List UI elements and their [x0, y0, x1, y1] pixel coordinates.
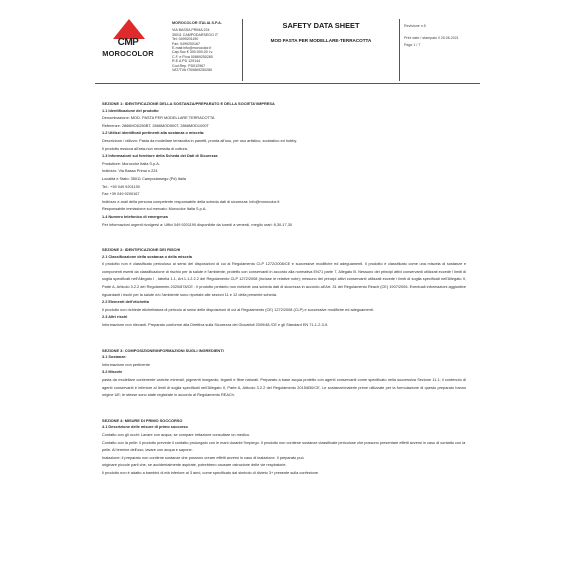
header-rule [95, 83, 480, 84]
subsection-heading: 1.2 Utilizzi identificati pertinenti all… [102, 130, 466, 138]
paragraph: Indirizzo e-mail della persona competent… [102, 199, 466, 207]
company-name: MOROCOLOR ITALIA S.P.A. [172, 21, 242, 25]
section-spacer [102, 330, 466, 347]
company-logo: CMP MOROCOLOR [95, 17, 165, 77]
header-divider [399, 19, 400, 81]
document-body: SEZIONE 1: IDENTIFICAZIONE DELLA SOSTANZ… [102, 100, 466, 478]
product-name: MOD PASTA PER MODELLARE-TERRACOTTA [245, 38, 397, 43]
title-box: SAFETY DATA SHEET MOD PASTA PER MODELLAR… [245, 19, 397, 43]
paragraph: Referenze: 2866MOD250BT, 2866MOD500T, 28… [102, 123, 466, 131]
paragraph: Indirizzo: Via Bassa Prima n.224 [102, 168, 466, 176]
paragraph: Il prodotto non è adatto a bambini di et… [102, 470, 466, 478]
subsection-heading: 1.4 Numero telefonico di emergenza [102, 214, 466, 222]
company-address-line: VAT/TVA IT00869250280 [172, 68, 242, 72]
paragraph: Descrizione / utilizzo: Pasta da modella… [102, 138, 466, 146]
subsection-heading: 1.3 Informazioni sul fornitore della Sch… [102, 153, 466, 161]
paragraph: Responsabile immissione sul mercato: Mor… [102, 206, 466, 214]
header-divider [242, 19, 243, 81]
document-page: CMP MOROCOLOR MOROCOLOR ITALIA S.P.A. VI… [0, 0, 570, 570]
paragraph: Fax +39 049 9200167 [102, 191, 466, 199]
company-address-lines: VIA BASSA PRIMA 22435011 CAMPODARSEGO IT… [172, 28, 242, 72]
paragraph: pasta da modellare contenente cariche mi… [102, 377, 466, 400]
section-spacer [102, 229, 466, 246]
paragraph: Contatto con la pelle: il prodotto preve… [102, 440, 466, 455]
subsection-heading: 1.1 Identificazione del prodotto [102, 108, 466, 116]
paragraph: Produttore: Morocolor Italia S.p.A. [102, 161, 466, 169]
company-info: MOROCOLOR ITALIA S.P.A. VIA BASSA PRIMA … [172, 21, 242, 72]
revision: Revisione n.5 [404, 24, 484, 28]
paragraph: Tel.: +39 049 9201190 [102, 184, 466, 192]
paragraph: Inalazione: il preparato non contiene so… [102, 455, 466, 463]
print-date: Print date / stampato il 25.06.2021 [404, 36, 484, 40]
subsection-heading: 2.1 Classificazione della sostanza o del… [102, 254, 466, 262]
paragraph: Contatto con gli occhi: Lavare con acqua… [102, 432, 466, 440]
paragraph: Il prodotto non è classificato pericolos… [102, 261, 466, 299]
subsection-heading: 4.1 Descrizione delle misure di primo so… [102, 424, 466, 432]
paragraph: Denominazione: MOD- PASTA PER MODELLARE … [102, 115, 466, 123]
subsection-heading: 3.2 Miscele [102, 369, 466, 377]
paragraph: Località e Stato: 35011 Campodarsego (Pd… [102, 176, 466, 184]
subsection-heading: 3.1 Sostanze: [102, 354, 466, 362]
section: SEZIONE 4: MISURE DI PRIMO SOCCORSO4.1 D… [102, 417, 466, 478]
page-number: Page 1 / 7 [404, 43, 484, 47]
logo-triangle-icon [113, 19, 145, 39]
paragraph: Informazione non pertinente [102, 362, 466, 370]
document-meta: Revisione n.5 Print date / stampato il 2… [404, 24, 484, 53]
section-title: SEZIONE 1: IDENTIFICAZIONE DELLA SOSTANZ… [102, 100, 466, 108]
section-title: SEZIONE 2: IDENTIFICAZIONE DEI RISCHI [102, 246, 466, 254]
section: SEZIONE 1: IDENTIFICAZIONE DELLA SOSTANZ… [102, 100, 466, 229]
paragraph: Informazione non rilevanti. Preparato co… [102, 322, 466, 330]
paragraph: Il prodotto essicca all'aria-non necessi… [102, 146, 466, 154]
paragraph: Il prodotto non richiede etichettatura d… [102, 307, 466, 315]
section-title: SEZIONE 3: COMPOSIZIONE/INFORMAZIONI SUG… [102, 347, 466, 355]
document-header: CMP MOROCOLOR MOROCOLOR ITALIA S.P.A. VI… [95, 17, 480, 87]
section: SEZIONE 3: COMPOSIZIONE/INFORMAZIONI SUG… [102, 347, 466, 400]
section: SEZIONE 2: IDENTIFICAZIONE DEI RISCHI2.1… [102, 246, 466, 330]
paragraph: Per informazioni urgenti rivolgersi a: U… [102, 222, 466, 230]
logo-brand: MOROCOLOR [95, 49, 161, 58]
subsection-heading: 2.2 Elementi dell'etichetta [102, 299, 466, 307]
logo-mark: CMP [95, 37, 161, 48]
subsection-heading: 2.3 Altri rischi [102, 314, 466, 322]
section-title: SEZIONE 4: MISURE DI PRIMO SOCCORSO [102, 417, 466, 425]
paragraph: originare piccole parti che, se accident… [102, 462, 466, 470]
section-spacer [102, 400, 466, 417]
document-title: SAFETY DATA SHEET [245, 21, 397, 30]
